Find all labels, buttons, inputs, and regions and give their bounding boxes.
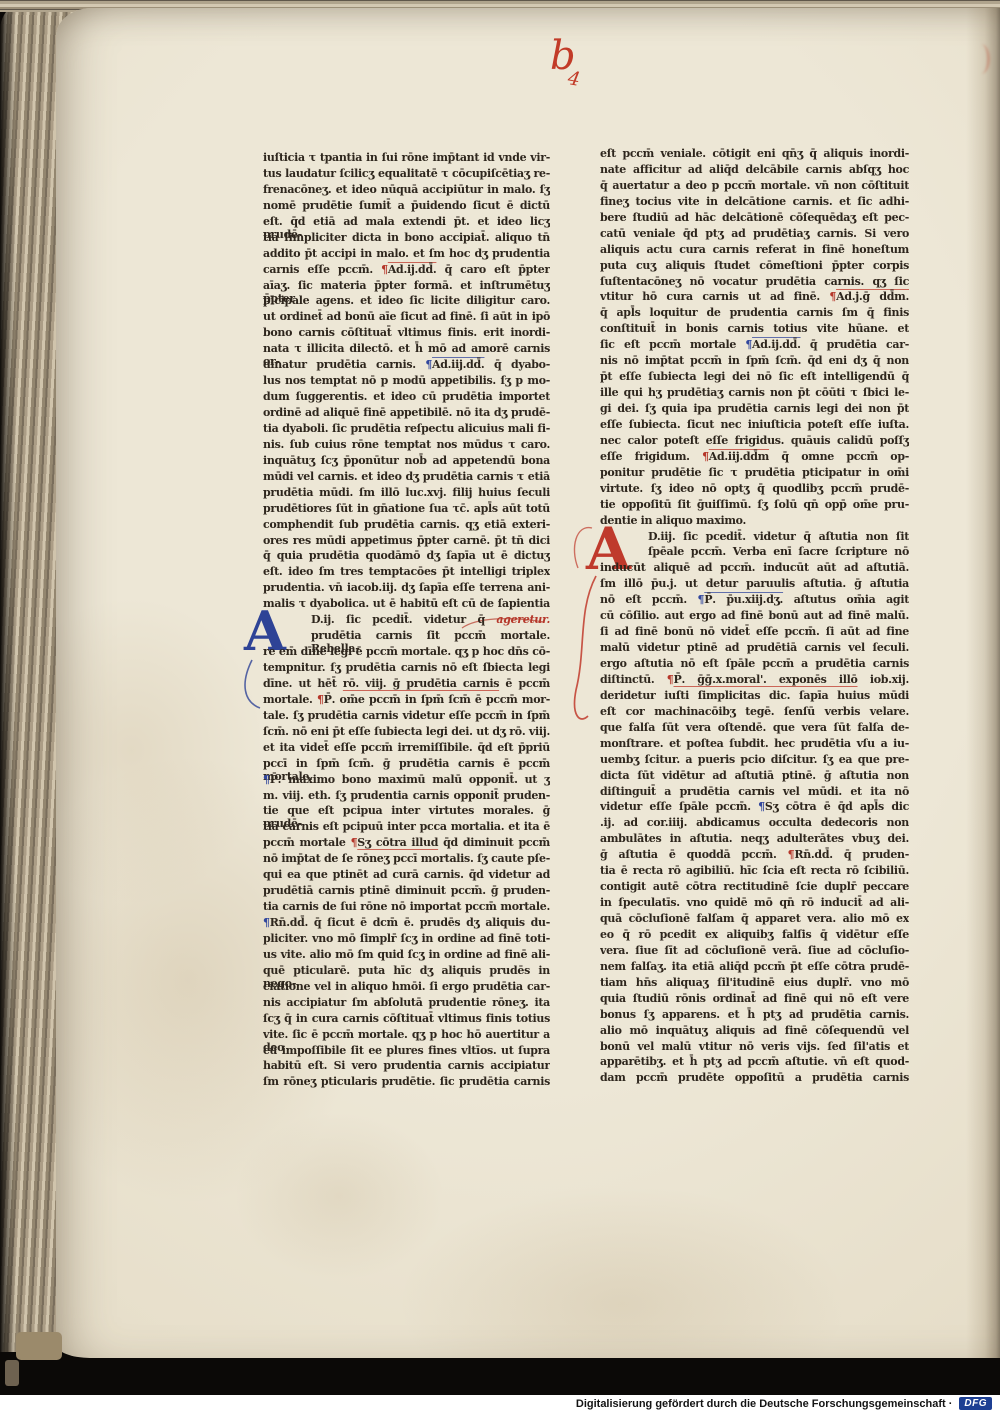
text-line: mortale. ¶P̄. om̄e pccm̄ in ſpm̄ ſcm̄ ē …	[263, 693, 550, 709]
text-line: q̄ apl̄s loquitur de prudentia carnis ſm…	[600, 306, 909, 322]
text-line: alio mō inquātuʒ aliquis ad finē cōſeque…	[600, 1024, 909, 1040]
fore-edge-shadow	[966, 8, 1000, 1358]
text-line: us vite. alio mō ſm quid ſcʒ in ordine a…	[263, 948, 550, 964]
text-line: nate afficitur ad aliq̄d delcābile carni…	[600, 163, 909, 179]
text-line: ḡ aſtutia ē quoddā pccm̄. ¶Rn̄.dd̄. q̄ p…	[600, 848, 909, 864]
paragraph-mark: ¶	[263, 773, 270, 786]
text-line: ambulātes in aſtutia. neqʒ adulterātes v…	[600, 832, 909, 848]
rubricated-text: Ad.iij.dd̄.	[432, 358, 484, 371]
text-line: ¶P̄. maximo bono maximū malū opponit̄. u…	[263, 773, 550, 789]
text-line: nem falſaʒ. ita etiā aliq̄d pccm̄ p̄t eſ…	[600, 960, 909, 976]
text-line: q̄ auertatur a deo p pccm̄ mortale. vn̄ …	[600, 179, 909, 195]
text-line: m. viij. eth. ſʒ prudentia carnis opponi…	[263, 789, 550, 805]
rubricated-text: Ad.ij.dd̄.	[388, 263, 437, 276]
text-line: ores res mūdi appetimus p̄pter carnē. p̄…	[263, 534, 550, 550]
text-line: eo q̄ rō pcedit ex aliquibʒ falſis q̄ vi…	[600, 928, 909, 944]
text-line: eſt. ideo ſm tres temptacōes p̄t intelli…	[263, 565, 550, 581]
rubricated-text: rō. viij. ḡ prudētia carnis	[343, 677, 499, 690]
text-line: ſi ad finē bonū nō videt̄ eſſe pccm̄. ſi…	[600, 625, 909, 641]
text-line: inducūt aliquē ad pccm̄. inducūt aūt ad …	[600, 561, 909, 577]
text-line: iuſticia τ tpantia in ſui rōne imp̄tant …	[263, 151, 550, 167]
text-line: nis. ſub cuius rōne temptat nos mūdus τ …	[263, 438, 550, 454]
text-line: quē pticularē. puta hīc dʒ aliquis prudē…	[263, 964, 550, 980]
text-line: catū veniale q̄d ptʒ ad prudētiaʒ carnis…	[600, 227, 909, 243]
text-line: tia dyaboli. ſic prudētia reſpectu alicu…	[263, 422, 550, 438]
text-line: re em̄ dīne legi ē pccm̄ mortale. qʒ p h…	[263, 645, 550, 661]
text-line: lus nos temptat nō p modū appetibilis. ſ…	[263, 374, 550, 390]
text-line: eſſe frigidum. ¶Ad.iij.dd̄m q̄ omne pccm…	[600, 450, 909, 466]
text-line: cū cōſilio. aut ergo ad finē bonū aut ad…	[600, 609, 909, 625]
text-line: que falſa ſūt vera oſtendē. que vera ſūt…	[600, 721, 909, 737]
text-line: in ſpeculatīs. vno quidē mō qn̄ rō induc…	[600, 896, 909, 912]
text-line: ſcm̄. nō eni p̄t eſſe ſubiecta legi dei.…	[263, 725, 550, 741]
paragraph-mark: ¶	[788, 848, 795, 861]
text-line: pīcipale agens. et ideo ſic licite dilig…	[263, 294, 550, 310]
rubricated-text: ageretur.	[496, 613, 550, 626]
text-line: tia carnis eſt pcipuū inter pcca mortali…	[263, 820, 550, 836]
paragraph-mark: ¶	[317, 693, 324, 706]
footer-credit-text: Digitalisierung gefördert durch die Deut…	[576, 1398, 953, 1410]
text-line: eſt cor machinacōibʒ tegē. ſenſū verbis …	[600, 705, 909, 721]
text-line: ſpēale pccm̄. Verba enī ſacre ſcripture …	[600, 545, 909, 561]
rubricated-text: Ad.j.ḡ dd̄m.	[836, 290, 909, 303]
text-line: tiam hn̄s aliquaʒ ſil'itudinē eius duplr…	[600, 976, 909, 992]
text-line: ut ordinet̄ ad bonū aīe ſicut ad finē. ſ…	[263, 310, 550, 326]
text-line: apparētibʒ. et h̄ ptʒ ad pccm̄ aſtutie. …	[600, 1055, 909, 1071]
text-line: prudētiā carnis ptinē diminuit pccm̄. ḡ …	[263, 884, 550, 900]
text-line: ſic eſt pccm̄ mortale ¶Ad.ij.dd̄. q̄ pru…	[600, 338, 909, 354]
text-line: eſt. q̄d etiā ad mala extendi p̄t. et id…	[263, 215, 550, 231]
text-line: frenacōneʒ. et ideo nūquā accipiūtur in …	[263, 183, 550, 199]
page-corner-remnant	[16, 1332, 62, 1360]
text-line: ſcʒ q̄ in cura carnis cōſtituat̄ vltimus…	[263, 1012, 550, 1028]
ink-showthrough-mark	[972, 44, 990, 74]
digitization-footer: Digitalisierung gefördert durch die Deut…	[0, 1395, 1000, 1412]
digitized-book-photo: b4 A A iuſticia τ tpantia in ſui rōne im…	[0, 0, 1000, 1412]
text-line: qui ea que ptinēt ad curā carnis. q̄d vi…	[263, 868, 550, 884]
text-line: ordinē ad aliquē finē appetibilē. nō ita…	[263, 406, 550, 422]
text-line: ille qui hʒ prudētiaʒ carnis non p̄t cōū…	[600, 386, 909, 402]
quire-signature: b4	[550, 36, 580, 76]
text-line: prudētia carnis ſit pccm̄ mortale. Rebel…	[263, 629, 550, 645]
text-line: D.ij. ſic pcedit̄. videtur q̄ ageretur.	[263, 613, 550, 629]
text-line: prudētia mūdi. ſm illō luc.xvj. filij hu…	[263, 486, 550, 502]
text-line: cū impoſſibile ſit ee plures fines vltīo…	[263, 1044, 550, 1060]
text-line: tia ē recta rō agibiliū. hīc ſcia eſt re…	[600, 864, 909, 880]
text-line: pliciter. vno mō ſimplr̄ ſcʒ in ordine a…	[263, 932, 550, 948]
text-line: ciatione vel in aliquo hmōi. ſi ergo pru…	[263, 980, 550, 996]
dfg-logo: DFG	[959, 1397, 992, 1410]
text-line: bonus ſʒ apparens. et h̄ ptʒ ad prudētia…	[600, 1008, 909, 1024]
rubricated-text: Ad.iij.dd̄m	[709, 450, 769, 463]
text-line: dinatur prudētia carnis. ¶Ad.iij.dd̄. q̄…	[263, 358, 550, 374]
text-line: quia ſtudiū rōnis ordinat̄ ad finē qui n…	[600, 992, 909, 1008]
text-line: ſm illō p̄u.j. ut detur paruulis aſtutia…	[600, 577, 909, 593]
text-line: conſtituit̄ in bonis carnis totius vite …	[600, 322, 909, 338]
text-line: nō imp̄tat de ſe rōneʒ pccī mortalis. ſʒ…	[263, 852, 550, 868]
text-line: vite. ſic ē pccm̄ mortale. qʒ p hoc hō a…	[263, 1028, 550, 1044]
text-line: nō eſt pccm̄. ¶P̄. p̄u.xiij.dʒ. aſtutus …	[600, 593, 909, 609]
text-line: tia ſimpliciter dicta in bono accipiat̄.…	[263, 231, 550, 247]
text-line: dentie in aliquo maximo.	[600, 514, 909, 530]
text-line: nis nō imp̄tat pccm̄ in ſpm̄ ſcm̄. q̄d e…	[600, 354, 909, 370]
text-line: p̄t eſſe ſubiecta legi dei nō ſic eſt in…	[600, 370, 909, 386]
text-line: inquātuʒ ſcʒ p̄ponūtur nob̄ ad appetendū…	[263, 454, 550, 470]
paragraph-mark: ¶	[758, 800, 765, 813]
text-line: dīne. ut hēt̄ rō. viij. ḡ prudētia carni…	[263, 677, 550, 693]
text-line: eſt pccm̄ veniale. cōtigit eni qn̄ʒ q̄ a…	[600, 147, 909, 163]
text-line: vera. ſiue ſīt ad cōcluſionē verā. ſiue …	[600, 944, 909, 960]
text-line: diſtinctū. ¶P̄. ḡḡ.x.moral'. exponēs ill…	[600, 673, 909, 689]
text-line: prudētiores ſūt in gn̄atione ſua τc̄. ap…	[263, 502, 550, 518]
text-column-right: eſt pccm̄ veniale. cōtigit eni qn̄ʒ q̄ a…	[600, 147, 909, 1093]
text-line: ergo aſtutia nō eſt ſpāle pccm̄ a prudēt…	[600, 657, 909, 673]
text-line: monſtrare. et poſtea ſubdit. hec prudēti…	[600, 737, 909, 753]
text-line: ſuſtentacōneʒ nō vocatur prudētia carnis…	[600, 275, 909, 291]
text-line: habitū eſt. Si vero prudentia carnis acc…	[263, 1059, 550, 1075]
text-line: nata τ illicita dilectō. et h̄ mō ad amo…	[263, 342, 550, 358]
page-corner-remnant-small	[5, 1360, 19, 1386]
text-line: gi dei. ſʒ quia ipa prudētia carnis legi…	[600, 402, 909, 418]
text-line: addito p̄t accipi in malo. et ſm hoc dʒ …	[263, 247, 550, 263]
paragraph-mark: ¶	[702, 450, 709, 463]
text-line: tia carnis de ſui rōne nō importat pccm̄…	[263, 900, 550, 916]
text-line: ſm rōneʒ pticularis prudētie. ſic prudēt…	[263, 1075, 550, 1091]
text-line: mūdi vel carnis. et ideo dʒ prudētia car…	[263, 470, 550, 486]
text-line: aīaʒ. ſic materia p̄pter formā. et inſtr…	[263, 279, 550, 295]
text-line: bonū vel malū vtitur nō veris vijs. ſed …	[600, 1040, 909, 1056]
text-line: dam pccm̄ prudēte oppoſitū a prudētia ca…	[600, 1071, 909, 1087]
text-line: ponitur prudētie ſic τ prudētia pticipat…	[600, 466, 909, 482]
text-line: comphendit ſub prudētia carnis. qʒ etiā …	[263, 518, 550, 534]
text-line: tale. ſʒ prudētia carnis videtur eſſe pc…	[263, 709, 550, 725]
text-line: dicta ſūt vidētur ad aſtutiā ptinē. ḡ aſ…	[600, 769, 909, 785]
text-line: nomē prudētie ſumit̄ a p̄uidendo ſicut ē…	[263, 199, 550, 215]
text-line: eſſe ſubiecta. ſicut nec iniuſticia pote…	[600, 418, 909, 434]
text-line: q̄ quia prudētia quodāmō dʒ ſapīa ut ē d…	[263, 549, 550, 565]
text-line: virtute. ſʒ ideo nō optʒ q̄ quodlibʒ pcc…	[600, 482, 909, 498]
text-line: bere ſtudiū ad hāc delcātionē cōſequēdaʒ…	[600, 211, 909, 227]
text-line: bono carnis cōſtituat̄ vltimus finis. er…	[263, 326, 550, 342]
text-line: fineʒ tocius vite in delcātione carnis. …	[600, 195, 909, 211]
text-line: pccm̄ mortale ¶Sʒ cōtra illud q̄d diminu…	[263, 836, 550, 852]
text-line: quā cōcluſionē falſam q̄ apparet vera. a…	[600, 912, 909, 928]
text-line: aliquis actu cura carnis referat in finē…	[600, 243, 909, 259]
rubricated-text: Ad.ij.dd̄.	[752, 338, 801, 351]
text-line: tie oppoſitū ſit ḡuiſſimū. ſʒ ſolū qn̄ o…	[600, 498, 909, 514]
text-line: ¶Rn̄.dd̄. q̄ ſicut ē dcm̄ ē. prudēs dʒ a…	[263, 916, 550, 932]
text-column-left: iuſticia τ tpantia in ſui rōne imp̄tant …	[263, 151, 550, 1093]
text-line: prudentia. vn̄ iacob.iij. dʒ ſapīa eſſe …	[263, 581, 550, 597]
text-line: .ij. ad cor.iiij. abdicamus occulta dede…	[600, 816, 909, 832]
paragraph-mark: ¶	[381, 263, 388, 276]
rubricated-text: P̄. p̄u.xiij.dʒ.	[704, 593, 783, 606]
text-line: D.iij. ſic pcedit̄. videtur q̄ aſtutia n…	[600, 530, 909, 546]
text-line: deridetur iuſti ſimplicitas dic. ſapīa h…	[600, 689, 909, 705]
text-line: nec calor poteſt eſſe frigidus. quāuis c…	[600, 434, 909, 450]
rubricated-text: P̄. ḡḡ.x.moral'. exponēs illō	[673, 673, 857, 686]
text-line: carnis eſſe pccm̄. ¶Ad.ij.dd̄. q̄ caro e…	[263, 263, 550, 279]
text-line: contigit autē cōtra rectitudinē ſcie dup…	[600, 880, 909, 896]
text-line: videtur eſſe ſpāle pccm̄. ¶Sʒ cōtra ē q̄…	[600, 800, 909, 816]
text-line: uembʒ ſcitur. a pueris pcio diſcitur. ſʒ…	[600, 753, 909, 769]
text-line: pccī in ſpm̄ ſcm̄. ḡ prudētia carnis ē p…	[263, 757, 550, 773]
text-line: tempnitur. ſʒ prudētia carnis nō eſt ſbi…	[263, 661, 550, 677]
text-line: malū videtur ptinē ad prudētiā carnis ve…	[600, 641, 909, 657]
paragraph-mark: ¶	[263, 916, 270, 929]
text-line: vtitur hō cura carnis ut ad finē. ¶Ad.j.…	[600, 290, 909, 306]
rubricated-text: Sʒ cōtra illud	[357, 836, 438, 849]
text-line: et ita videt̄ eſſe pccm̄ irremiſſibile. …	[263, 741, 550, 757]
text-line: diſtinguit̄ a prudētia carnis vel mūdi. …	[600, 785, 909, 801]
text-line: tie que eſt pcipua inter virtutes morale…	[263, 804, 550, 820]
text-line: nis accipiatur ſm abſolutā prudentie rōn…	[263, 996, 550, 1012]
manuscript-page: b4 A A iuſticia τ tpantia in ſui rōne im…	[56, 8, 1000, 1358]
text-line: malis τ dyabolica. ut ē habitū eſt cū de…	[263, 597, 550, 613]
text-line: puta cuʒ aliquis ſtudet cōmeſtioni p̄pte…	[600, 259, 909, 275]
text-line: dum ſuggerentis. et ideo cū prudētia imp…	[263, 390, 550, 406]
text-line: tus laudatur ſcilicʒ equalitatē τ cōcupi…	[263, 167, 550, 183]
